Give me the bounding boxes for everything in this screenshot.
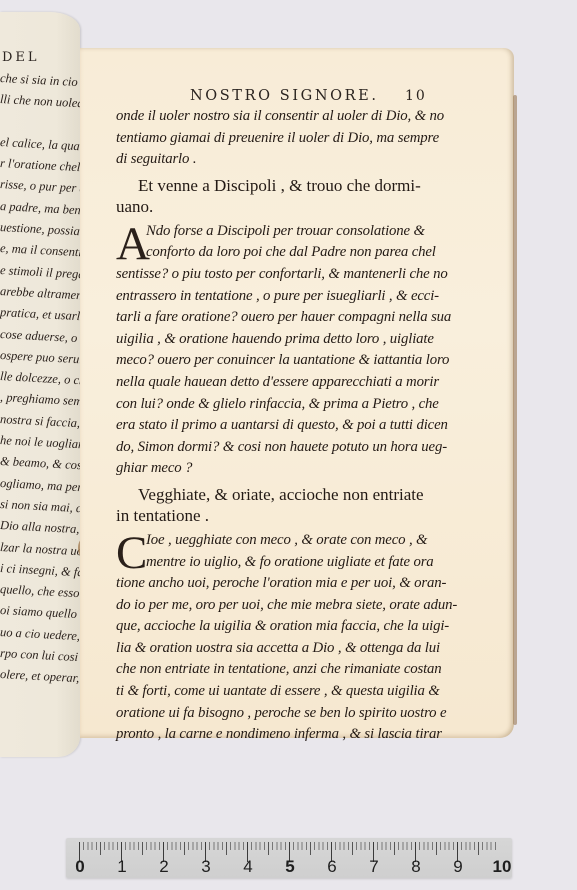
ruler-label: 8: [406, 857, 426, 877]
text-line: con lui? onde & glielo rinfaccia, & prim…: [116, 394, 496, 416]
text-line: tentiamo giamai di preuenire il uoler di…: [116, 128, 496, 150]
heading-line: Vegghiate, & oriate, accioche non entria…: [116, 484, 496, 505]
text-line: oratione ui fa bisogno , peroche se ben …: [116, 703, 496, 725]
ruler-label: 5: [280, 857, 300, 877]
text-line: era stato il primo a uantarsi di questo,…: [116, 415, 496, 437]
text-line: sentisse? o piu tosto per confortarli, &…: [116, 264, 496, 286]
ruler-labels: 0 1 2 3 4 5 6 7 8 9 10: [72, 857, 512, 877]
drop-cap: C: [116, 531, 147, 575]
text-line: nella quale hauean detto d'essere appare…: [116, 372, 496, 394]
running-head: NOSTRO SIGNORE.: [190, 88, 379, 104]
text-line: che non entriate in tentatione, anzi che…: [116, 659, 496, 681]
heading-line: uano.: [116, 196, 496, 217]
text-line: Ioe , uegghiate con meco , & orate con m…: [116, 530, 496, 552]
ruler-label: 7: [364, 857, 384, 877]
text-line: entrassero in tentatione , o pure per is…: [116, 286, 496, 308]
text-line: que, accioche la uigilia & oration mia f…: [116, 616, 496, 638]
text-line: meco? ouero per conuincer la uantatione …: [116, 350, 496, 372]
drop-cap: A: [116, 222, 150, 266]
ruler-label: 2: [154, 857, 174, 877]
left-page: DEL che si sia in cio tras lli che non u…: [0, 12, 80, 757]
left-running-head: DEL: [2, 50, 40, 65]
text-line: conforto da loro poi che dal Padre non p…: [116, 242, 496, 264]
ruler-label: 1: [112, 857, 132, 877]
paragraph-3: C Ioe , uegghiate con meco , & orate con…: [116, 530, 496, 746]
ruler-label: 9: [448, 857, 468, 877]
page-number: 10: [405, 88, 427, 104]
text-line: uigilia , & oratione hauendo prima detto…: [116, 329, 496, 351]
text-line: ghiar meco ?: [116, 458, 496, 480]
page-edge: [513, 95, 517, 725]
text-line: ti & forti, come ui uantate di essere , …: [116, 681, 496, 703]
scripture-heading-2: Vegghiate, & oriate, accioche non entria…: [116, 484, 496, 526]
ruler-label: 0: [70, 857, 90, 877]
left-line: olere, et operar,: [0, 664, 80, 691]
text-line: lia & oration uostra sia accetta a Dio ,…: [116, 638, 496, 660]
heading-line: in tentatione .: [116, 505, 496, 526]
text-line: tarli a fare oratione? ouero per hauer c…: [116, 307, 496, 329]
text-line: onde il uoler nostro sia il consentir al…: [116, 106, 496, 128]
ruler-label: 10: [492, 857, 512, 877]
text-line: mentre io uiglio, & fo oratione uigliate…: [116, 552, 496, 574]
right-page: NOSTRO SIGNORE. 10 onde il uoler nostro …: [80, 48, 514, 738]
text-line: pronto , la carne e nondimeno inferma , …: [116, 724, 496, 746]
ruler-label: 3: [196, 857, 216, 877]
ruler-label: 4: [238, 857, 258, 877]
text-line: tione ancho uoi, peroche l'oration mia e…: [116, 573, 496, 595]
scale-ruler: 0 1 2 3 4 5 6 7 8 9 10: [66, 838, 512, 878]
text-line: do, Simon dormi? & cosi non hauete potut…: [116, 437, 496, 459]
ruler-label: 6: [322, 857, 342, 877]
paragraph-1: onde il uoler nostro sia il consentir al…: [116, 106, 496, 171]
left-page-text: che si sia in cio tras lli che non uolea…: [0, 68, 80, 686]
paragraph-2: A Ndo forse a Discipoli per trouar conso…: [116, 221, 496, 480]
page-body: onde il uoler nostro sia il consentir al…: [116, 106, 496, 746]
heading-line: Et venne a Discipoli , & trouo che dormi…: [116, 175, 496, 196]
text-line: do io per me, oro per uoi, che mie mebra…: [116, 595, 496, 617]
text-line: di seguitarlo .: [116, 149, 496, 171]
text-line: Ndo forse a Discipoli per trouar consola…: [116, 221, 496, 243]
scripture-heading-1: Et venne a Discipoli , & trouo che dormi…: [116, 175, 496, 217]
